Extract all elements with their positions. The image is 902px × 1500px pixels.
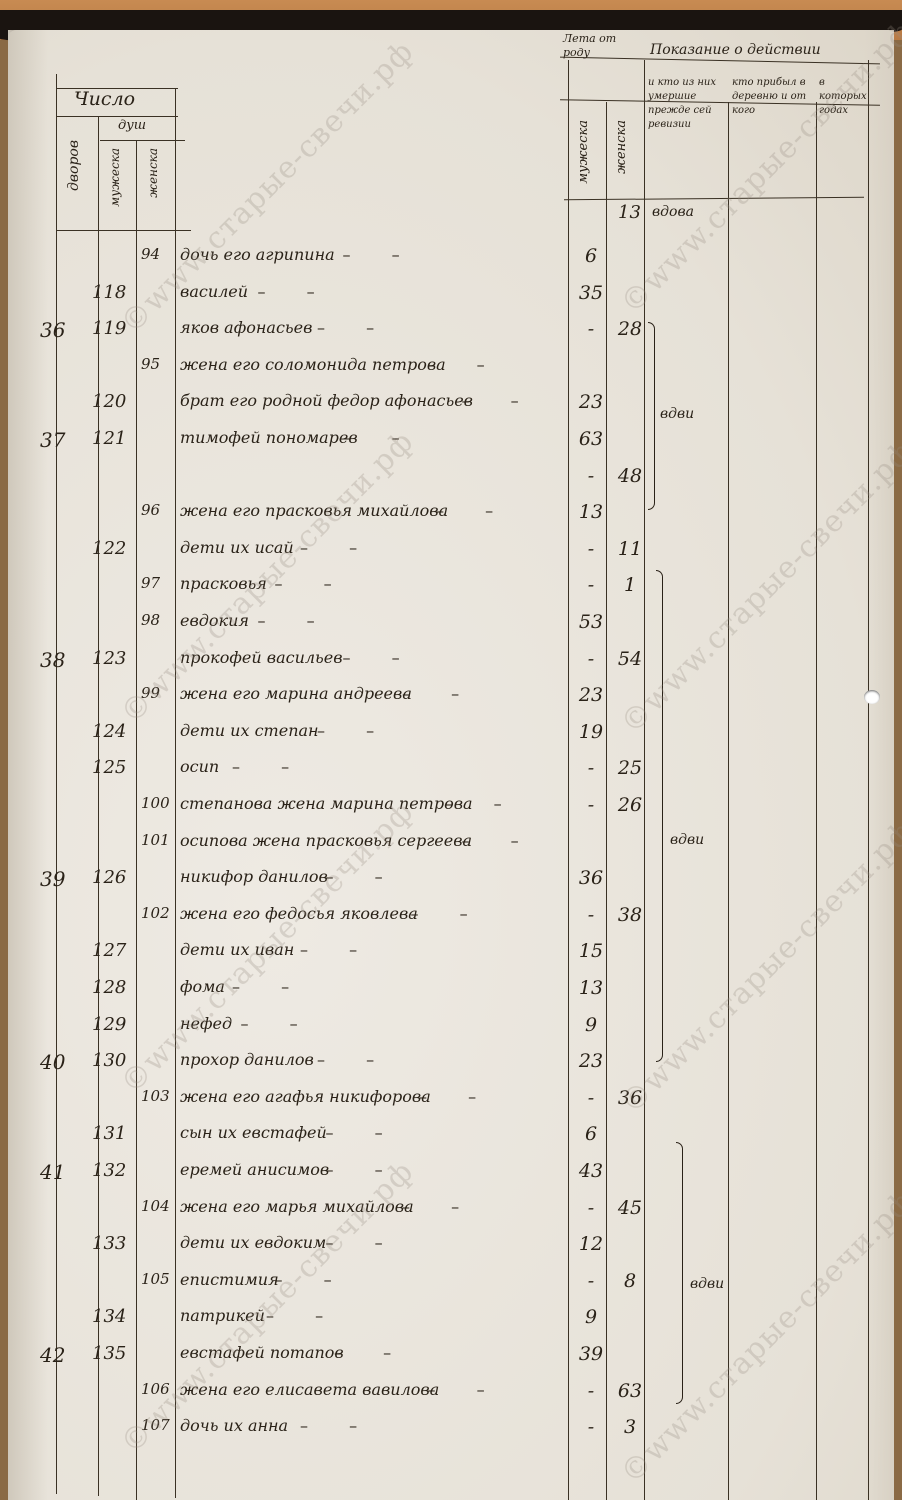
register-page: Число душ дворов мужеска женска Лета от … (8, 30, 894, 1500)
brace-note: вдви (670, 832, 704, 848)
filler-dashes: – – (317, 721, 487, 740)
table-row: 101осипова жена прасковья сергеева– – (8, 831, 894, 859)
age-male: - (576, 465, 606, 487)
female-soul-number: 97 (141, 574, 183, 592)
female-soul-number: 103 (141, 1087, 183, 1105)
age-male: - (576, 648, 606, 670)
header-age-male: мужеска (576, 120, 591, 184)
filler-dashes: – – (300, 538, 470, 557)
table-row: 106жена его елисавета вавилова-63– – (8, 1380, 894, 1408)
rule-line (100, 140, 185, 141)
filler-dashes: – – (326, 1123, 496, 1142)
rule-line (56, 116, 178, 117)
age-male: - (576, 757, 606, 779)
table-row: 95жена его соломонида петрова– – (8, 355, 894, 383)
header-male: мужеска (108, 148, 122, 207)
male-soul-number: 129 (92, 1014, 138, 1035)
watermark: ©www.старые-свечи.рф (614, 1184, 902, 1491)
header-remarks: Показание о действии (650, 42, 821, 58)
filler-dashes: – – (436, 501, 606, 520)
female-soul-number: 100 (141, 794, 183, 812)
table-row: 39126никифор данилов36– – (8, 867, 894, 895)
filler-dashes: – – (326, 1160, 496, 1179)
household-number: 36 (40, 318, 85, 342)
filler-dashes: – – (411, 904, 581, 923)
age-female: 11 (612, 538, 648, 560)
table-row: 104жена его марья михайлова-45– – (8, 1197, 894, 1225)
brace (656, 570, 663, 1062)
table-row: 133дети их евдоким12– – (8, 1233, 894, 1261)
table-row: -48 (8, 465, 894, 493)
household-number: 40 (40, 1050, 85, 1074)
table-row: 98евдокия53– – (8, 611, 894, 639)
filler-dashes: – – (428, 1380, 598, 1399)
table-row: 102жена его федосья яковлева-38– – (8, 904, 894, 932)
age-male: - (576, 904, 606, 926)
filler-dashes: – – (428, 355, 598, 374)
age-female: 8 (612, 1270, 648, 1292)
filler-dashes: – – (317, 318, 487, 337)
table-row: 128фома13– – (8, 977, 894, 1005)
age-male: - (576, 574, 606, 596)
household-number: 42 (40, 1343, 85, 1367)
age-female: 54 (612, 648, 648, 670)
filler-dashes: – – (275, 574, 445, 593)
male-soul-number: 133 (92, 1233, 138, 1254)
filler-dashes: – – (402, 684, 572, 703)
age-male: - (576, 1270, 606, 1292)
female-soul-number: 99 (141, 684, 183, 702)
header-age-female: женска (614, 120, 629, 174)
age-male: 9 (576, 1306, 606, 1328)
table-row: 96жена его прасковья михайлова13– – (8, 501, 894, 529)
male-soul-number: 132 (92, 1160, 138, 1181)
age-female: 48 (612, 465, 648, 487)
filler-dashes: – – (419, 1087, 589, 1106)
female-soul-number: 98 (141, 611, 183, 629)
age-male: 15 (576, 940, 606, 962)
table-row: 103жена его агафья никифорова-36– – (8, 1087, 894, 1115)
age-male: - (576, 1197, 606, 1219)
rule-line (564, 197, 864, 201)
male-soul-number: 128 (92, 977, 138, 998)
table-row: 120брат его родной федор афонасьев23– – (8, 391, 894, 419)
filler-dashes: – – (258, 611, 428, 630)
female-soul-number: 106 (141, 1380, 183, 1398)
age-male: 6 (576, 1123, 606, 1145)
filler-dashes: – – (462, 831, 632, 850)
table-row: 100степанова жена марина петрова-26– – (8, 794, 894, 822)
filler-dashes: – – (326, 1233, 496, 1252)
table-row: 42135евстафей потапов39– – (8, 1343, 894, 1371)
table-row: 122дети их исай-11– – (8, 538, 894, 566)
age-male: 19 (576, 721, 606, 743)
male-soul-number: 124 (92, 721, 138, 742)
header-age-group: Лета от роду (563, 32, 643, 60)
brace (676, 1142, 683, 1404)
male-soul-number: 131 (92, 1123, 138, 1144)
table-row: 99жена его марина андреева23– – (8, 684, 894, 712)
header-households: дворов (66, 140, 82, 191)
header-remark-2: кто прибыл в деревню и от кого (732, 76, 814, 118)
filler-dashes: – – (266, 1306, 436, 1325)
male-soul-number: 126 (92, 867, 138, 888)
age-male: 36 (576, 867, 606, 889)
age-male: 53 (576, 611, 606, 633)
female-soul-number: 96 (141, 501, 183, 519)
age-male: 9 (576, 1014, 606, 1036)
table-row: 131сын их евстафей6– – (8, 1123, 894, 1151)
filler-dashes: – – (232, 977, 402, 996)
header-number: Число (74, 88, 135, 110)
male-soul-number: 123 (92, 648, 138, 669)
male-soul-number: 121 (92, 428, 138, 449)
female-soul-number: 105 (141, 1270, 183, 1288)
table-row: 36119яков афонасьев-28– – (8, 318, 894, 346)
age-female: 26 (612, 794, 648, 816)
filler-dashes: – – (300, 1416, 470, 1435)
table-row: 37121тимофей пономарев63– – (8, 428, 894, 456)
age-male: 13 (576, 977, 606, 999)
household-number: 39 (40, 867, 85, 891)
age-female: 45 (612, 1197, 648, 1219)
age-male: 35 (576, 282, 606, 304)
table-row: 97прасковья-1– – (8, 574, 894, 602)
age-male: - (576, 538, 606, 560)
table-row: 118василей35– – (8, 282, 894, 310)
male-soul-number: 134 (92, 1306, 138, 1327)
household-number: 41 (40, 1160, 85, 1184)
rule-line (56, 230, 191, 231)
male-soul-number: 135 (92, 1343, 138, 1364)
filler-dashes: – – (317, 1050, 487, 1069)
table-row: 107дочь их анна-3– – (8, 1416, 894, 1444)
table-row: 94дочь его агрипина6– – (8, 245, 894, 273)
age-male: 12 (576, 1233, 606, 1255)
female-soul-number: 104 (141, 1197, 183, 1215)
household-number: 37 (40, 428, 85, 452)
household-number: 38 (40, 648, 85, 672)
age-male: - (576, 318, 606, 340)
age-female: 1 (612, 574, 648, 596)
table-row: 127дети их иван15– – (8, 940, 894, 968)
age-female: 36 (612, 1087, 648, 1109)
male-soul-number: 122 (92, 538, 138, 559)
header-remark-3: в которых годах (819, 76, 867, 118)
age-male: - (576, 1416, 606, 1438)
age-male: 39 (576, 1343, 606, 1365)
brace-note: вдви (690, 1276, 724, 1292)
age-male: 23 (576, 684, 606, 706)
filler-dashes: – – (343, 648, 513, 667)
table-row: 40130прохор данилов23– – (8, 1050, 894, 1078)
table-row: 134патрикей9– – (8, 1306, 894, 1334)
male-soul-number: 118 (92, 282, 138, 303)
filler-dashes: – – (445, 794, 615, 813)
filler-dashes: – – (334, 1343, 504, 1362)
male-soul-number: 120 (92, 391, 138, 412)
filler-dashes: – – (402, 1197, 572, 1216)
header-souls: душ (118, 118, 146, 133)
table-row: 41132еремей анисимов43– – (8, 1160, 894, 1188)
age-female: 63 (612, 1380, 648, 1402)
table-row: 124дети их степан19– – (8, 721, 894, 749)
filler-dashes: – – (326, 867, 496, 886)
age-female: 38 (612, 904, 648, 926)
filler-dashes: – – (275, 1270, 445, 1289)
brace-note: вдви (660, 406, 694, 422)
female-soul-number: 101 (141, 831, 183, 849)
female-soul-number: 107 (141, 1416, 183, 1434)
top-female-age: 13 (618, 202, 641, 223)
filler-dashes: – – (232, 757, 402, 776)
binding-hole (864, 690, 880, 704)
male-soul-number: 119 (92, 318, 138, 339)
top-remark-note: вдова (652, 204, 694, 220)
age-male: 23 (576, 1050, 606, 1072)
age-female: 3 (612, 1416, 648, 1438)
filler-dashes: – – (258, 282, 428, 301)
male-soul-number: 130 (92, 1050, 138, 1071)
age-female: 25 (612, 757, 648, 779)
table-row: 129нефед9– – (8, 1014, 894, 1042)
male-soul-number: 125 (92, 757, 138, 778)
table-row: 125осип-25– – (8, 757, 894, 785)
female-soul-number: 102 (141, 904, 183, 922)
filler-dashes: – – (343, 428, 513, 447)
filler-dashes: – – (343, 245, 513, 264)
header-female: женска (146, 148, 160, 198)
filler-dashes: – – (241, 1014, 411, 1033)
age-male: 63 (576, 428, 606, 450)
table-row: 105епистимия-8– – (8, 1270, 894, 1298)
filler-dashes: – – (300, 940, 470, 959)
female-soul-number: 95 (141, 355, 183, 373)
age-male: 6 (576, 245, 606, 267)
filler-dashes: – – (462, 391, 632, 410)
age-male: 43 (576, 1160, 606, 1182)
female-soul-number: 94 (141, 245, 183, 263)
header-remark-1: и кто из них умершие прежде сей ревизии (648, 76, 726, 132)
male-soul-number: 127 (92, 940, 138, 961)
brace (648, 322, 655, 510)
age-female: 28 (612, 318, 648, 340)
table-row: 38123прокофей васильев-54– – (8, 648, 894, 676)
